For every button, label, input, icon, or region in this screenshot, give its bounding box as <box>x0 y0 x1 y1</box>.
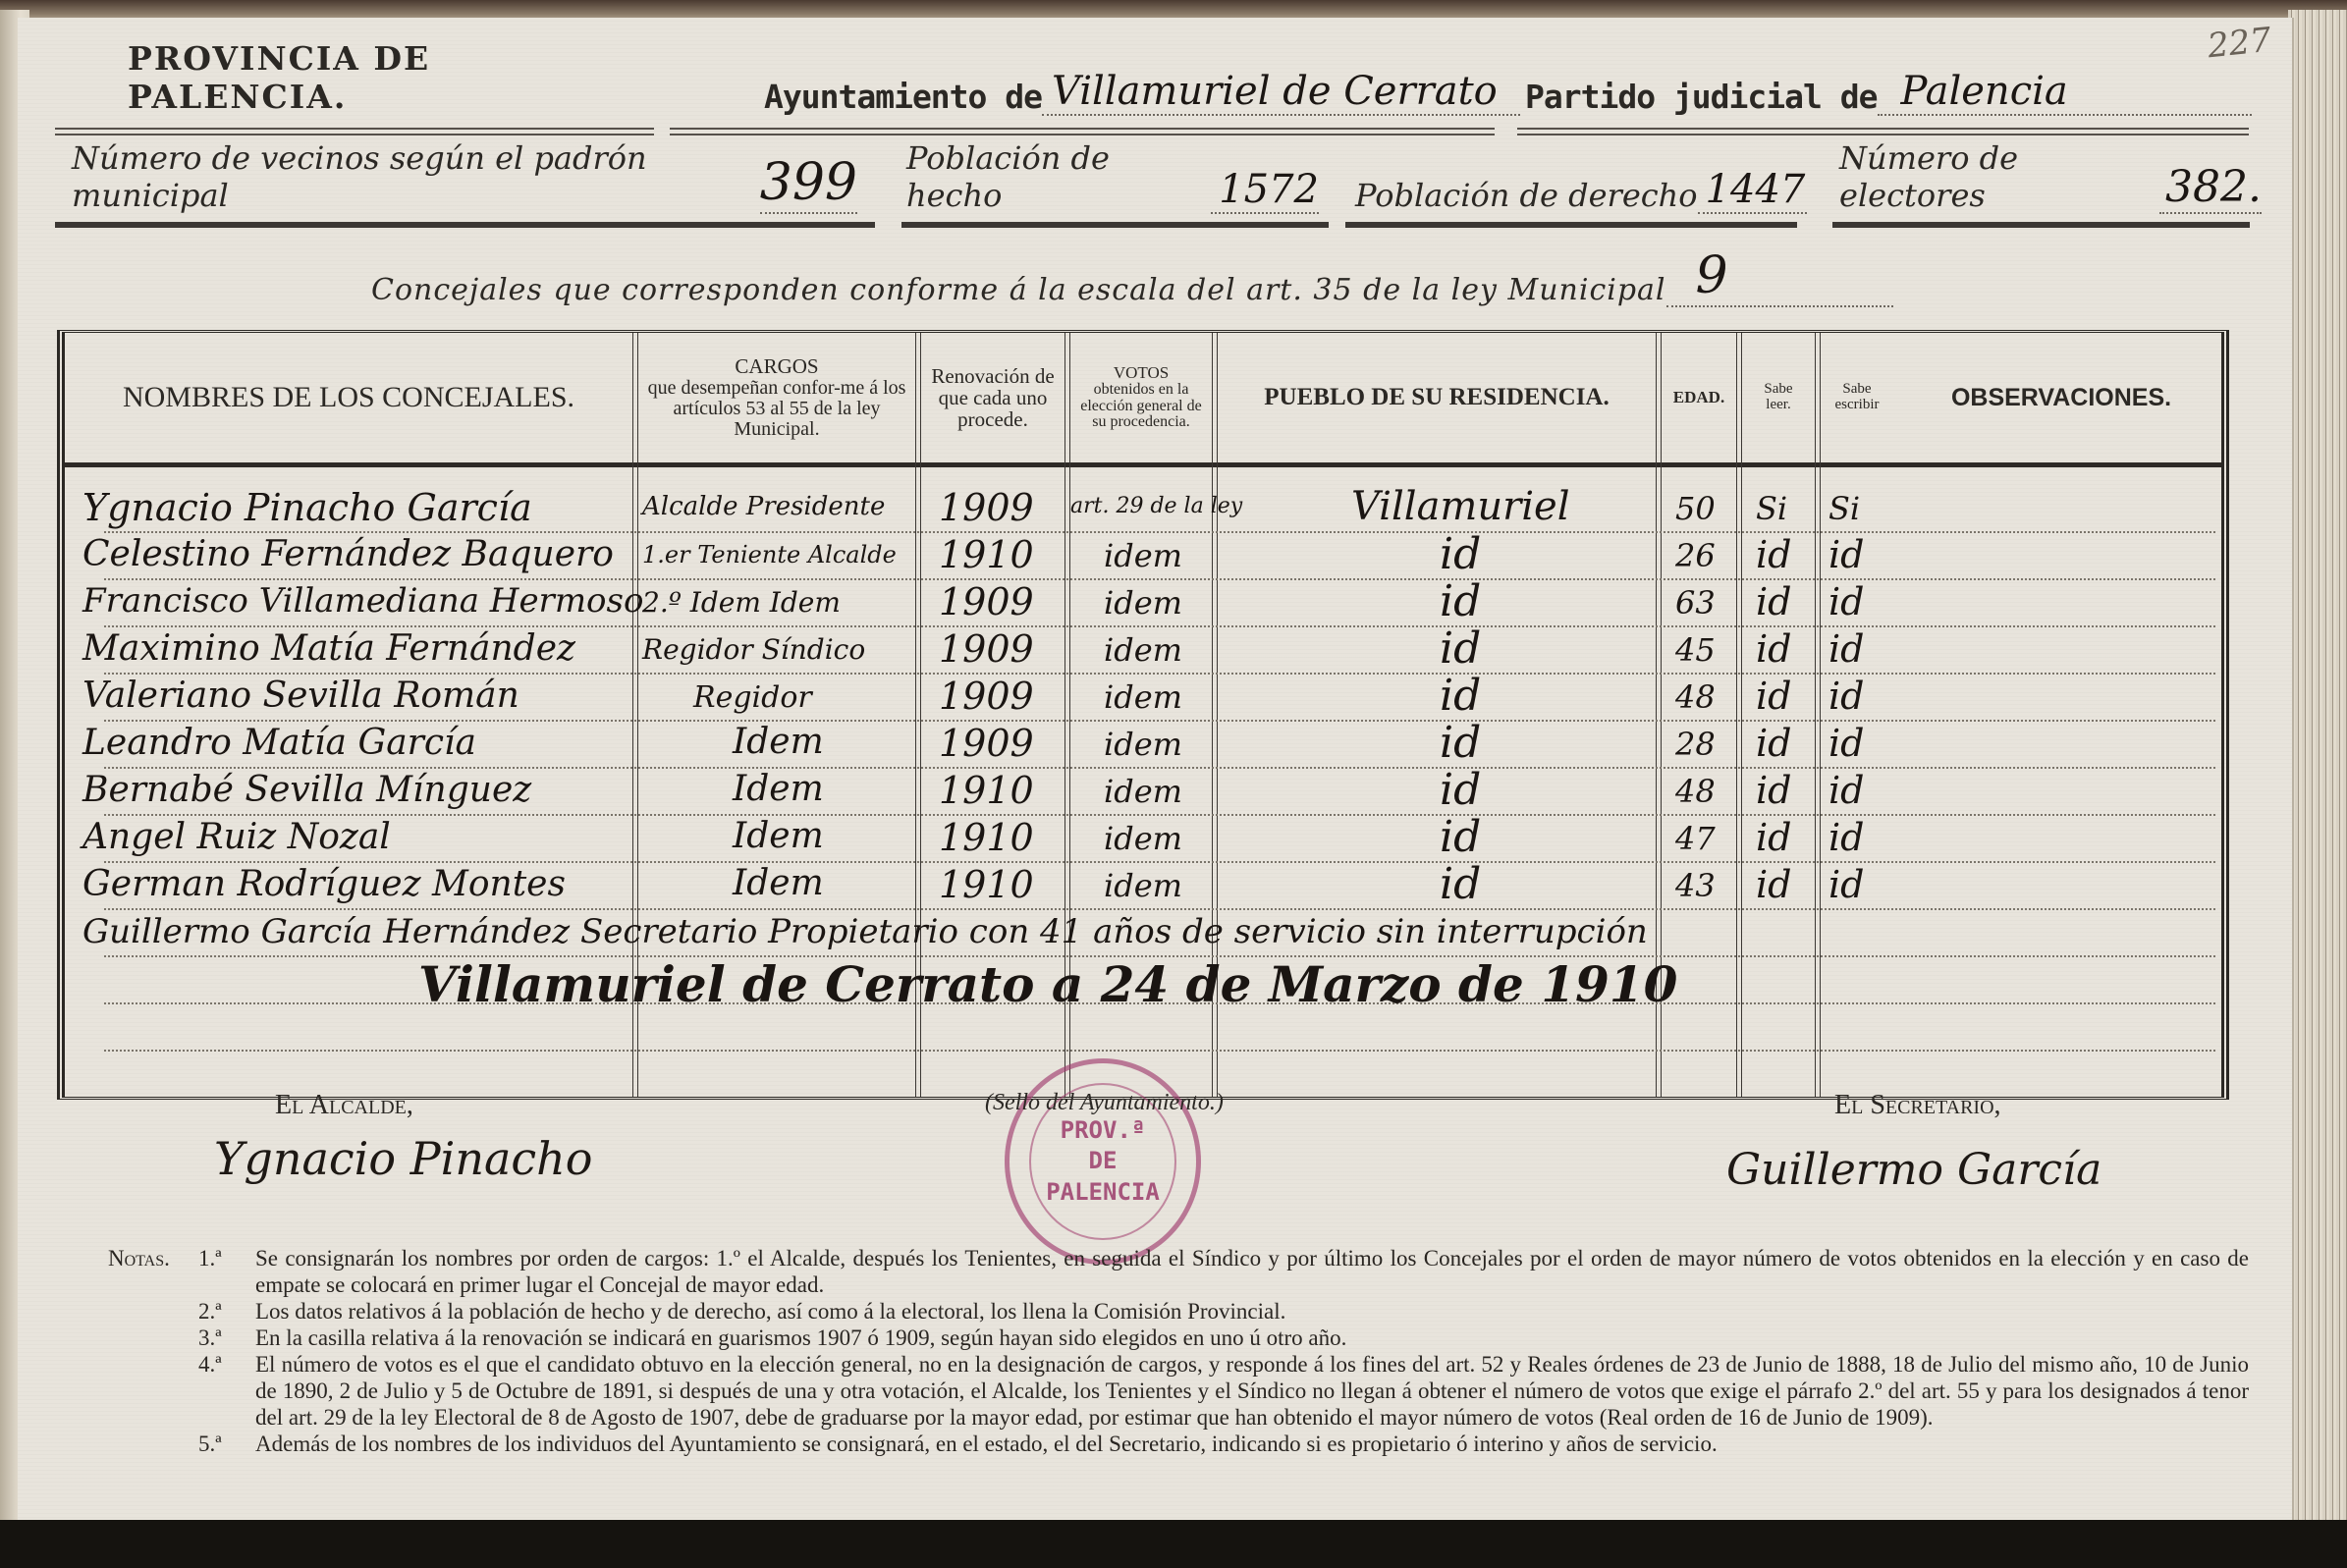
seal-line-3: PALENCIA <box>1046 1177 1160 1208</box>
header-pueblo: PUEBLO DE SU RESIDENCIA. <box>1218 333 1656 462</box>
provincia-title: PROVINCIA DE PALENCIA. <box>128 39 658 116</box>
partido-value: Palencia <box>1878 69 2253 116</box>
cell-escribir: id <box>1828 675 1864 718</box>
cell-leer: id <box>1756 580 1791 623</box>
cell-votos: idem <box>1104 537 1182 574</box>
cell-cargo: Regidor <box>693 680 812 715</box>
header-rule <box>65 462 2221 467</box>
cell-renovacion: 1910 <box>939 533 1034 576</box>
cell-pueblo: id <box>1440 623 1481 674</box>
cell-escribir: id <box>1828 863 1864 906</box>
cell-leer: id <box>1756 863 1791 906</box>
seal-line-2: DE <box>1089 1146 1118 1176</box>
row-line <box>104 625 2215 627</box>
cell-pueblo: id <box>1440 576 1481 626</box>
cell-leer: id <box>1756 533 1791 576</box>
rule <box>1517 128 2249 135</box>
cell-escribir: id <box>1828 722 1864 765</box>
cell-cargo: Idem <box>733 863 824 903</box>
cell-leer: id <box>1756 627 1791 671</box>
cell-pueblo: id <box>1440 718 1481 768</box>
seal-line-1: PROV.ª <box>1061 1115 1146 1146</box>
cell-cargo: Idem <box>733 722 824 762</box>
ayuntamiento-value: Villamuriel de Cerrato <box>1042 69 1520 116</box>
header-renovacion: Renovación de que cada uno procede. <box>921 333 1064 462</box>
cell-leer: Si <box>1756 490 1787 527</box>
rule <box>901 222 1329 228</box>
derecho-label: Población de derecho <box>1355 177 1698 214</box>
cell-edad: 63 <box>1675 584 1716 622</box>
document-page: 227 PROVINCIA DE PALENCIA. Ayuntamiento … <box>18 18 2294 1522</box>
partido-field: Partido judicial de Palencia <box>1525 57 2252 116</box>
note-item: 3.ª En la casilla relativa á la renovaci… <box>108 1325 2249 1351</box>
cell-nombre: Angel Ruiz Nozal <box>82 817 391 857</box>
cell-renovacion: 1910 <box>939 769 1034 812</box>
cell-votos: idem <box>1104 726 1182 763</box>
vecinos-field: Número de vecinos según el padrón munici… <box>72 155 857 214</box>
cell-votos: idem <box>1104 584 1182 622</box>
rule <box>1832 222 2250 228</box>
row-line <box>104 720 2215 722</box>
cell-leer: id <box>1756 769 1791 812</box>
header-observaciones: OBSERVACIONES. <box>1899 333 2223 462</box>
cell-pueblo: id <box>1440 529 1481 579</box>
note-item: 2.ª Los datos relativos á la población d… <box>108 1298 2249 1325</box>
derecho-field: Población de derecho 1447 <box>1355 155 1807 214</box>
cell-escribir: id <box>1828 769 1864 812</box>
rule <box>1345 222 1797 228</box>
cell-nombre: Francisco Villamediana Hermoso <box>82 581 643 621</box>
row-line <box>104 814 2215 816</box>
cell-nombre: Maximino Matía Fernández <box>82 628 575 669</box>
note-text: Se consignarán los nombres por orden de … <box>255 1245 2249 1298</box>
cell-renovacion: 1909 <box>939 486 1034 529</box>
row-line <box>104 673 2215 675</box>
provincia-heading: PROVINCIA DE PALENCIA. <box>128 57 658 116</box>
cell-votos: idem <box>1104 773 1182 810</box>
cell-edad: 26 <box>1675 537 1716 574</box>
cell-edad: 28 <box>1675 726 1716 763</box>
cell-nombre: Celestino Fernández Baquero <box>82 534 614 574</box>
alcalde-label: El Alcalde, <box>275 1090 413 1121</box>
hecho-value: 1572 <box>1211 167 1319 214</box>
note-item: 5.ª Además de los nombres de los individ… <box>108 1431 2249 1457</box>
header-cargos-title: CARGOS <box>735 355 818 377</box>
row-line <box>104 767 2215 769</box>
cell-leer: id <box>1756 722 1791 765</box>
header-edad: EDAD. <box>1662 333 1736 462</box>
cell-votos: idem <box>1104 678 1182 716</box>
sello-label: (Sello del Ayuntamiento.) <box>985 1090 1224 1116</box>
secretario-label: El Secretario, <box>1834 1090 2001 1121</box>
derecho-value: 1447 <box>1698 167 1807 214</box>
cell-renovacion: 1910 <box>939 863 1034 906</box>
ayuntamiento-field: Ayuntamiento de Villamuriel de Cerrato <box>764 57 1520 116</box>
note-text: El número de votos es el que el candidat… <box>255 1351 2249 1431</box>
cell-votos: art. 29 de la ley <box>1070 494 1242 518</box>
cell-cargo: Regidor Síndico <box>642 633 865 666</box>
header-escribir: Sabe escribir <box>1821 333 1893 462</box>
header-nombres: NOMBRES DE LOS CONCEJALES. <box>65 333 632 462</box>
cell-edad: 47 <box>1675 820 1716 857</box>
note-item: Notas. 1.ª Se consignarán los nombres po… <box>108 1245 2249 1298</box>
fecha-row: Villamuriel de Cerrato a 24 de Marzo de … <box>418 955 1677 1013</box>
page-edges <box>2288 10 2347 1527</box>
rule <box>55 222 875 228</box>
rule <box>55 128 654 135</box>
cell-escribir: id <box>1828 816 1864 859</box>
secretario-signature: Guillermo García <box>1726 1145 2101 1195</box>
cell-nombre: Leandro Matía García <box>82 723 476 763</box>
row-line <box>104 908 2215 910</box>
header-cargos: CARGOS que desempeñan confor-me á los ar… <box>638 333 915 462</box>
cell-edad: 45 <box>1675 631 1716 669</box>
cell-edad: 48 <box>1675 773 1716 810</box>
cell-votos: idem <box>1104 820 1182 857</box>
cell-leer: id <box>1756 816 1791 859</box>
cell-votos: idem <box>1104 631 1182 669</box>
header-votos: VOTOS obtenidos en la elección general d… <box>1070 333 1212 462</box>
note-number: 2.ª <box>198 1298 255 1325</box>
cell-cargo: Alcalde Presidente <box>642 492 885 521</box>
cell-escribir: id <box>1828 627 1864 671</box>
note-text: Los datos relativos á la población de he… <box>255 1298 2249 1325</box>
vecinos-label: Número de vecinos según el padrón munici… <box>72 139 760 214</box>
cell-renovacion: 1910 <box>939 816 1034 859</box>
cell-nombre: Ygnacio Pinacho García <box>82 486 532 529</box>
cell-escribir: id <box>1828 580 1864 623</box>
note-item: 4.ª El número de votos es el que el cand… <box>108 1351 2249 1431</box>
note-number: 1.ª <box>198 1245 255 1298</box>
row-line <box>104 861 2215 863</box>
vecinos-value: 399 <box>760 153 857 214</box>
row-line <box>104 531 2215 533</box>
header-votos-title: VOTOS <box>1114 364 1169 382</box>
secretario-row: Guillermo García Hernández Secretario Pr… <box>82 912 1648 951</box>
cell-cargo: Idem <box>733 816 824 856</box>
electores-field: Número de electores 382. <box>1839 155 2262 214</box>
alcalde-signature: Ygnacio Pinacho <box>214 1132 592 1185</box>
hecho-label: Población de hecho <box>906 139 1211 214</box>
cell-edad: 48 <box>1675 678 1716 716</box>
concejales-table: NOMBRES DE LOS CONCEJALES. CARGOS que de… <box>57 330 2229 1100</box>
row-line <box>104 1050 2215 1052</box>
cell-renovacion: 1909 <box>939 580 1034 623</box>
cell-pueblo: id <box>1440 812 1481 862</box>
cell-pueblo: Villamuriel <box>1351 484 1569 529</box>
header-leer: Sabe leer. <box>1742 333 1815 462</box>
ayuntamiento-label: Ayuntamiento de <box>764 78 1042 116</box>
rule <box>670 128 1495 135</box>
cell-escribir: Si <box>1828 490 1860 527</box>
cell-renovacion: 1909 <box>939 627 1034 671</box>
note-text: En la casilla relativa á la renovación s… <box>255 1325 2249 1351</box>
header-cargos-sub: que desempeñan confor-me á los artículos… <box>644 378 909 440</box>
note-number: 3.ª <box>198 1325 255 1351</box>
book-bottom-edge <box>0 1520 2347 1568</box>
row-line <box>104 578 2215 580</box>
note-text: Además de los nombres de los individuos … <box>255 1431 2249 1457</box>
cell-pueblo: id <box>1440 765 1481 815</box>
hecho-field: Población de hecho 1572 <box>906 155 1319 214</box>
cell-edad: 50 <box>1675 490 1716 527</box>
header-votos-sub: obtenidos en la elección general de su p… <box>1074 382 1208 431</box>
cell-pueblo: id <box>1440 859 1481 909</box>
electores-value: 382. <box>2159 162 2262 214</box>
cell-cargo: 2.º Idem Idem <box>642 586 841 619</box>
notes-label: Notas. <box>108 1245 198 1298</box>
notes-section: Notas. 1.ª Se consignarán los nombres po… <box>108 1245 2249 1457</box>
cell-renovacion: 1909 <box>939 722 1034 765</box>
partido-label: Partido judicial de <box>1525 78 1878 116</box>
cell-renovacion: 1909 <box>939 675 1034 718</box>
electores-label: Número de electores <box>1839 139 2159 214</box>
cell-leer: id <box>1756 675 1791 718</box>
cell-nombre: Bernabé Sevilla Mínguez <box>82 770 531 810</box>
note-number: 4.ª <box>198 1351 255 1431</box>
cell-edad: 43 <box>1675 867 1716 904</box>
cell-cargo: Idem <box>733 769 824 809</box>
cell-cargo: 1.er Teniente Alcalde <box>642 541 897 568</box>
cell-nombre: Valeriano Sevilla Román <box>82 676 519 716</box>
cell-nombre: German Rodríguez Montes <box>82 864 566 904</box>
concejales-label: Concejales que corresponden conforme á l… <box>371 273 1666 307</box>
cell-pueblo: id <box>1440 671 1481 721</box>
cell-escribir: id <box>1828 533 1864 576</box>
cell-votos: idem <box>1104 867 1182 904</box>
note-number: 5.ª <box>198 1431 255 1457</box>
concejales-value: 9 <box>1666 246 1893 307</box>
concejales-field: Concejales que corresponden conforme á l… <box>371 248 1893 307</box>
